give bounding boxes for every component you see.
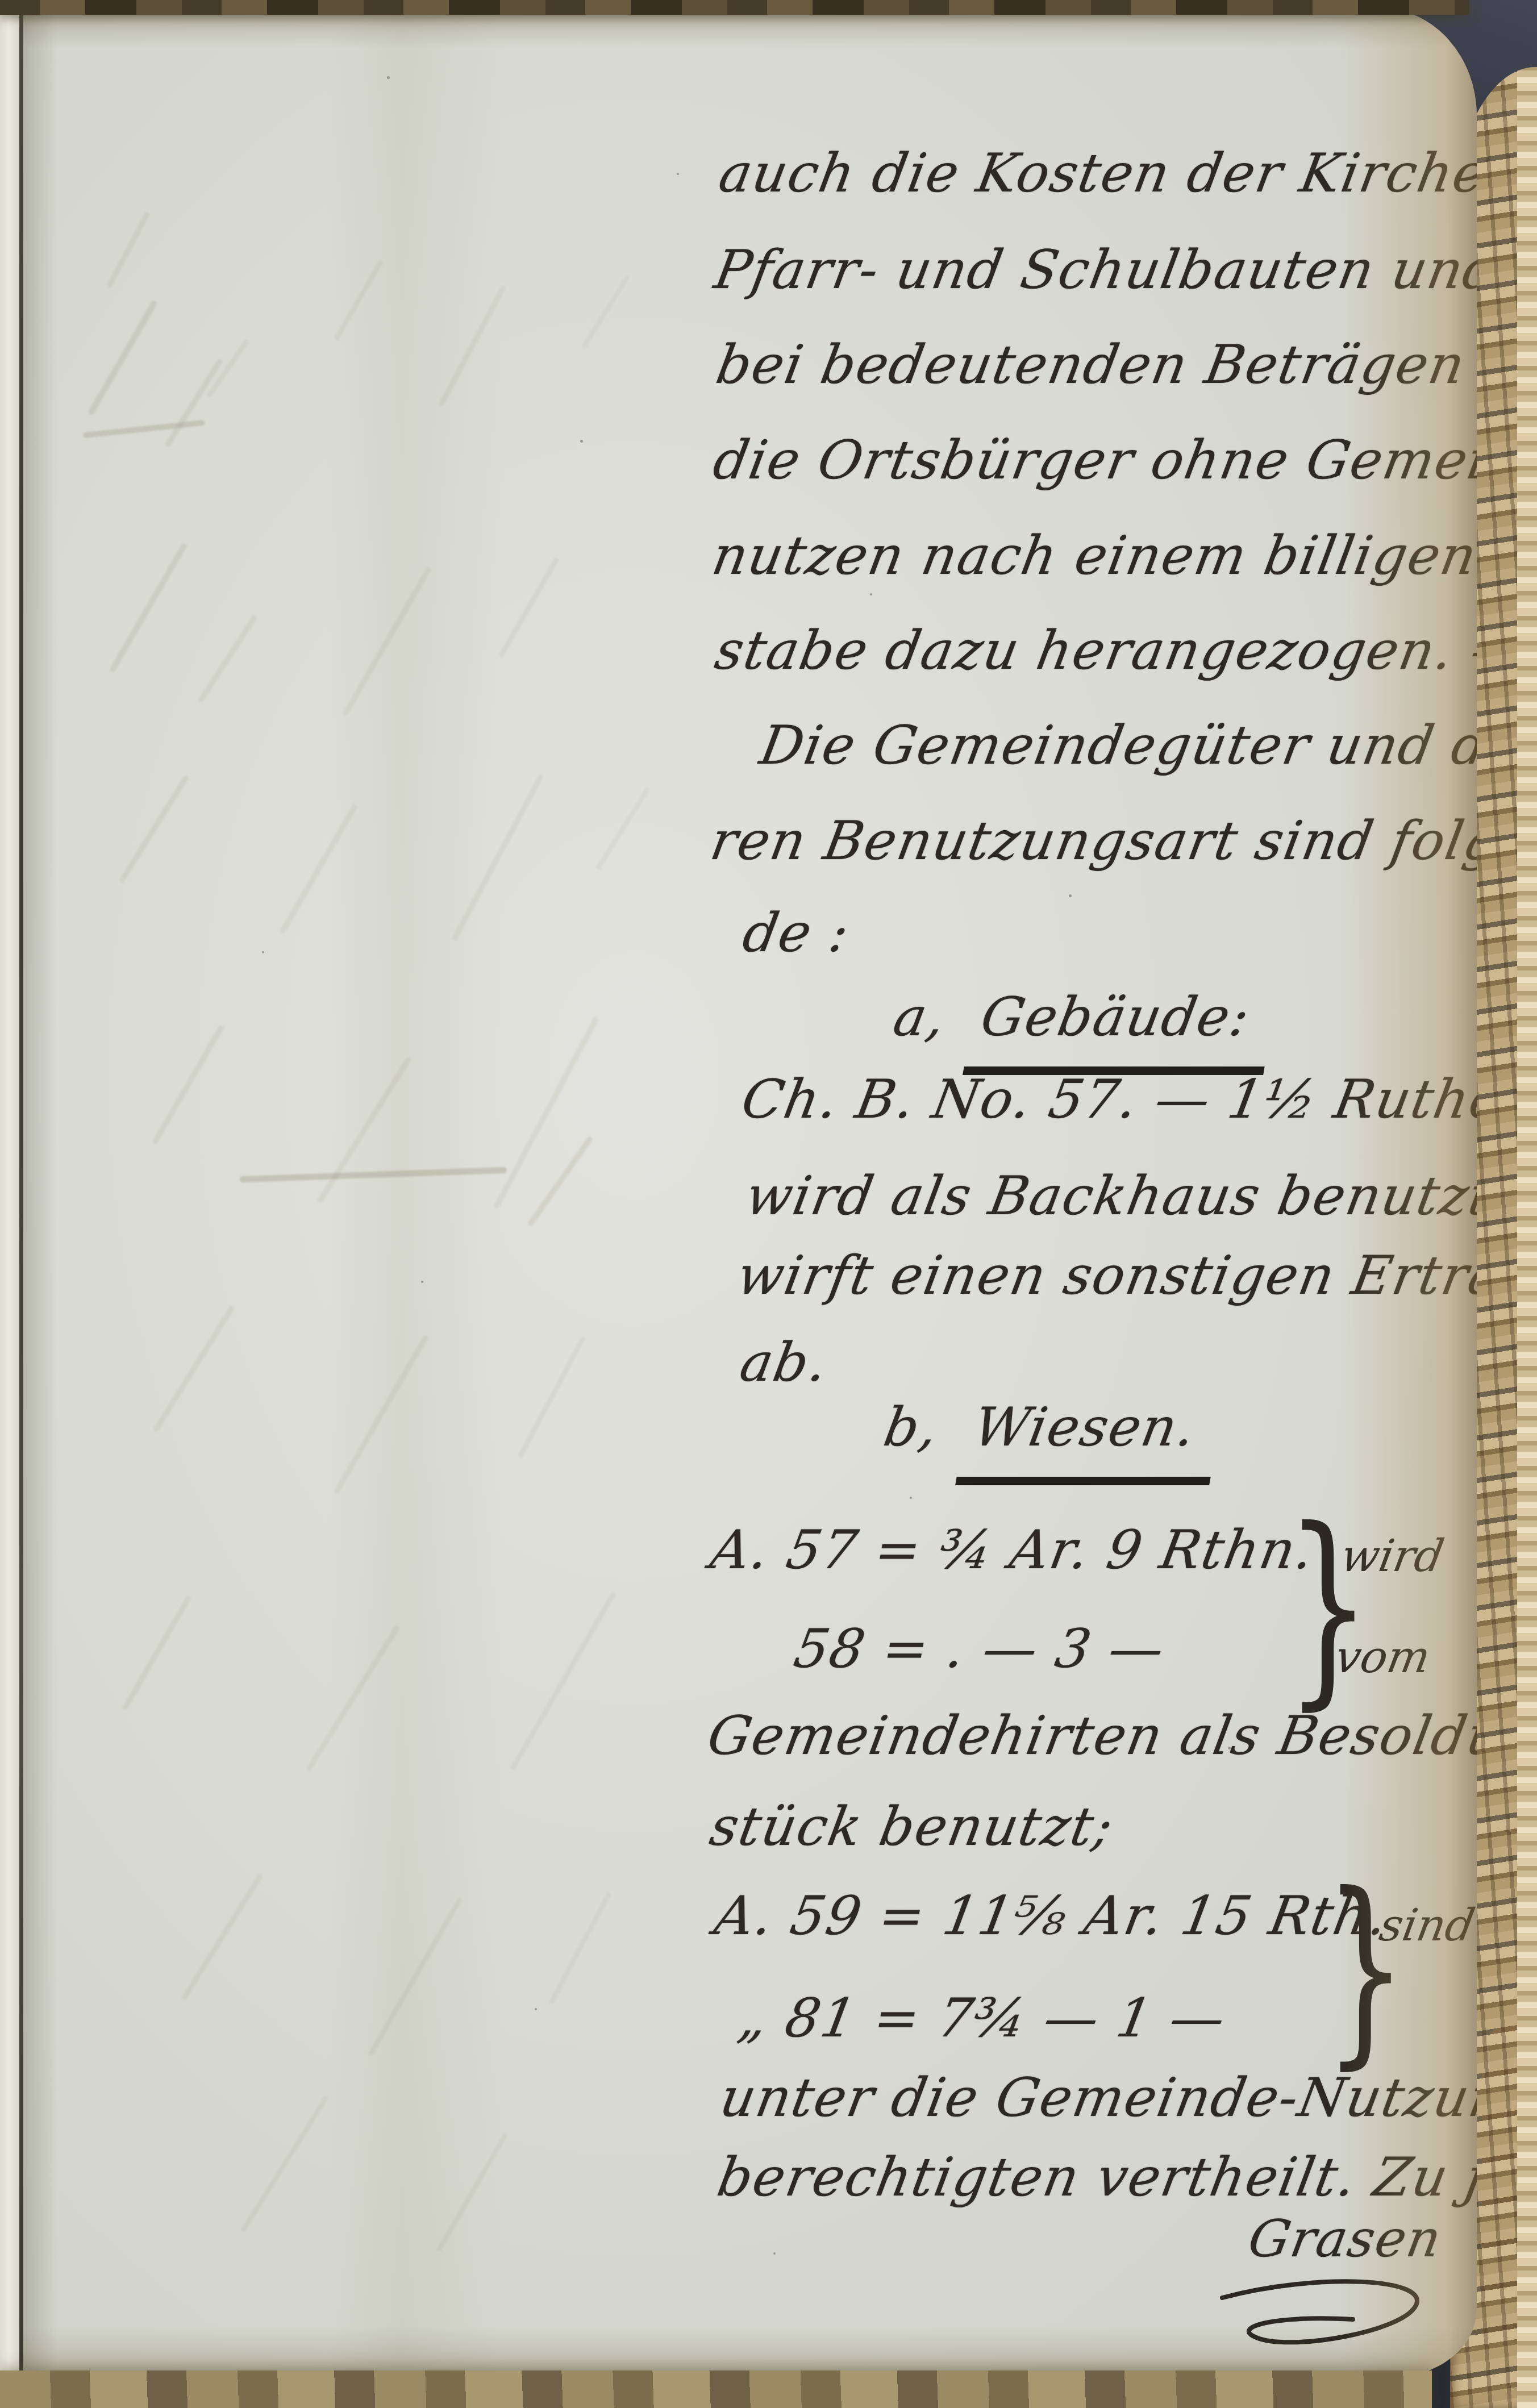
bleed-through-stroke xyxy=(83,420,205,438)
heading-title: Gebäude: xyxy=(963,986,1278,1075)
paper-speck xyxy=(387,76,390,79)
bleed-through-stroke xyxy=(334,260,384,341)
catchword: Grasen xyxy=(1244,2211,1446,2267)
heading-prefix: b, xyxy=(879,1397,943,1459)
bleed-through-stroke xyxy=(152,1024,225,1145)
manuscript-line: bei bedeutenden Beträgen werden xyxy=(712,336,1477,394)
heading-prefix: a, xyxy=(889,986,951,1048)
bleed-through-stroke xyxy=(581,274,630,349)
bleed-through-stroke xyxy=(451,773,544,941)
bleed-through-stroke xyxy=(438,285,507,408)
manuscript-page: auch die Kosten der Kirchen-,Pfarr- und … xyxy=(23,8,1477,2377)
bleed-through-stroke xyxy=(342,566,432,717)
manuscript-line: A. 59 = 11⅝ Ar. 15 Rth. xyxy=(710,1888,1393,1945)
paper-speck xyxy=(262,951,264,953)
bleed-through-stroke xyxy=(305,1624,400,1772)
bleed-through-stroke xyxy=(240,1167,507,1182)
bleed-through-stroke xyxy=(240,2095,329,2232)
manuscript-line: Pfarr- und Schulbauten und nur xyxy=(710,241,1477,299)
manuscript-line: Ch. B. No. 57. — 1½ Ruthe, xyxy=(738,1071,1477,1129)
paper-speck xyxy=(580,440,583,443)
brace-label: sind xyxy=(1376,1903,1477,1948)
manuscript-line: wirft einen sonstigen Ertrag nicht xyxy=(733,1247,1477,1305)
bleed-through-stroke xyxy=(436,2132,509,2252)
manuscript-line: A. 57 = ¾ Ar. 9 Rthn. xyxy=(706,1522,1319,1580)
manuscript-line: stabe dazu herangezogen. — xyxy=(711,622,1477,680)
page-gutter-line xyxy=(19,0,23,2408)
paper-speck xyxy=(535,2008,537,2010)
paper-speck xyxy=(677,173,679,175)
brace-label: vom xyxy=(1332,1635,1434,1680)
manuscript-line: ren Benutzungsart sind folgen- xyxy=(706,813,1477,870)
bleed-through-stroke xyxy=(498,557,560,658)
paper-speck xyxy=(870,593,872,595)
bleed-through-stroke xyxy=(334,1334,430,1494)
manuscript-line: ab. xyxy=(736,1334,832,1392)
bleed-through-stroke xyxy=(181,1873,264,2001)
section-heading: b,Wiesen. xyxy=(880,1399,1224,1457)
book-top-edge xyxy=(0,0,1469,15)
book-bottom-edge xyxy=(0,2370,1432,2408)
bleed-through-stroke xyxy=(152,1305,235,1433)
manuscript-line: Die Gemeindegüter und de- xyxy=(756,717,1477,775)
paper-speck xyxy=(910,1497,912,1499)
bleed-through-stroke xyxy=(548,1892,611,2004)
paper-speck xyxy=(421,1281,423,1283)
manuscript-line: „ 81 = 7¾ — 1 — xyxy=(734,1990,1230,2048)
bleed-through-stroke xyxy=(493,1016,599,1210)
bleed-through-stroke xyxy=(595,786,651,871)
bleed-through-stroke xyxy=(527,1135,593,1227)
bleed-through-stroke xyxy=(109,542,188,673)
brace-label: wird xyxy=(1338,1534,1447,1578)
fore-edge-paper-stack xyxy=(1517,67,1537,2408)
paper-speck xyxy=(1228,1747,1231,1749)
bleed-through-stroke xyxy=(164,358,223,448)
bleed-through-stroke xyxy=(316,1056,411,1204)
heading-title: Wiesen. xyxy=(955,1397,1224,1485)
catchword-flourish xyxy=(1205,2275,1472,2372)
bleed-through-stroke xyxy=(280,803,359,934)
grouping-brace: } xyxy=(1324,1867,1407,2070)
bleed-through-stroke xyxy=(198,614,258,703)
manuscript-line: de : xyxy=(739,905,854,963)
bleed-through-stroke xyxy=(106,210,151,288)
section-heading: a,Gebäude: xyxy=(889,989,1278,1047)
paper-speck xyxy=(1069,894,1072,897)
bleed-through-stroke xyxy=(88,299,159,416)
bleed-through-stroke xyxy=(122,1595,192,1711)
manuscript-line: wird als Backhaus benutzt und xyxy=(742,1168,1477,1226)
bleed-through-stroke xyxy=(518,1335,586,1458)
bleed-through-stroke xyxy=(118,774,189,884)
bleed-through-stroke xyxy=(368,1897,463,2057)
book-photo: auch die Kosten der Kirchen-,Pfarr- und … xyxy=(0,0,1537,2408)
manuscript-line: stück benutzt; xyxy=(706,1798,1118,1856)
underlying-page-edge xyxy=(0,0,19,2408)
manuscript-line: auch die Kosten der Kirchen-, xyxy=(715,145,1477,203)
manuscript-line: nutzen nach einem billigen Maas- xyxy=(708,527,1477,585)
manuscript-line: 58 = . — 3 — xyxy=(790,1620,1169,1678)
manuscript-line: berechtigten vertheilt. Zu jedem xyxy=(713,2149,1477,2207)
paper-speck xyxy=(773,2252,776,2255)
bleed-through-stroke xyxy=(510,1591,617,1770)
manuscript-line: die Ortsbürger ohne Gemeinde- xyxy=(709,432,1477,490)
